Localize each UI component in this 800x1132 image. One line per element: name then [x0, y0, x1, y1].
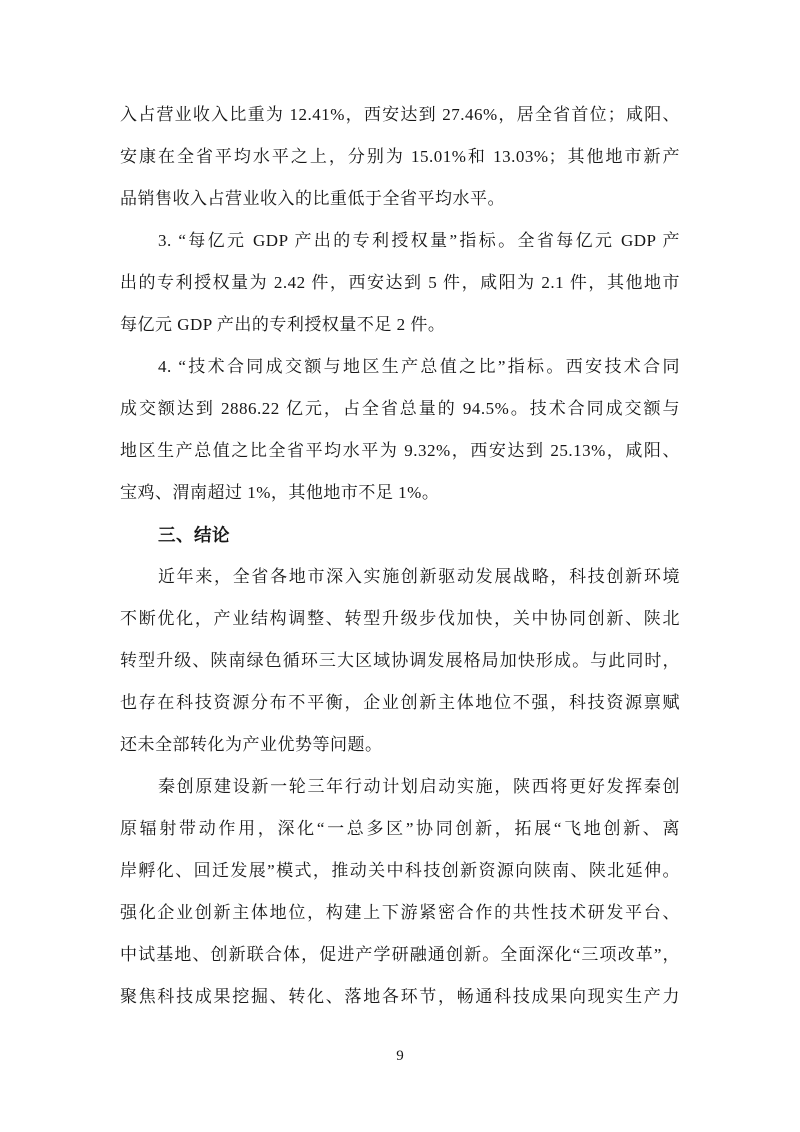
document-body: 入占营业收入比重为 12.41%，西安达到 27.46%，居全省首位；咸阳、 安…	[120, 94, 680, 1018]
text-line: 近年来，全省各地市深入实施创新驱动发展战略，科技创新环境	[120, 556, 680, 598]
text-line: 4. “技术合同成交额与地区生产总值之比”指标。西安技术合同	[120, 346, 680, 388]
paragraph-qinchuangyuan-plan: 秦创原建设新一轮三年行动计划启动实施，陕西将更好发挥秦创 原辐射带动作用，深化“…	[120, 766, 680, 1018]
paragraph-new-product-revenue: 入占营业收入比重为 12.41%，西安达到 27.46%，居全省首位；咸阳、 安…	[120, 94, 680, 220]
text-line: 原辐射带动作用，深化“一总多区”协同创新，拓展“飞地创新、离	[120, 808, 680, 850]
paragraph-tech-contract-indicator: 4. “技术合同成交额与地区生产总值之比”指标。西安技术合同 成交额达到 288…	[120, 346, 680, 514]
text-line: 3. “每亿元 GDP 产出的专利授权量”指标。全省每亿元 GDP 产	[120, 220, 680, 262]
text-line: 也存在科技资源分布不平衡，企业创新主体地位不强，科技资源禀赋	[120, 682, 680, 724]
text-line: 中试基地、创新联合体，促进产学研融通创新。全面深化“三项改革”，	[120, 934, 680, 976]
text-line: 安康在全省平均水平之上，分别为 15.01%和 13.03%；其他地市新产	[120, 136, 680, 178]
page-number: 9	[396, 1048, 404, 1064]
text-line: 聚焦科技成果挖掘、转化、落地各环节，畅通科技成果向现实生产力	[120, 976, 680, 1018]
text-line: 成交额达到 2886.22 亿元，占全省总量的 94.5%。技术合同成交额与	[120, 388, 680, 430]
text-line: 出的专利授权量为 2.42 件，西安达到 5 件，咸阳为 2.1 件，其他地市	[120, 262, 680, 304]
paragraph-patent-per-gdp-indicator: 3. “每亿元 GDP 产出的专利授权量”指标。全省每亿元 GDP 产 出的专利…	[120, 220, 680, 346]
text-line: 不断优化，产业结构调整、转型升级步伐加快，关中协同创新、陕北	[120, 598, 680, 640]
text-line: 强化企业创新主体地位，构建上下游紧密合作的共性技术研发平台、	[120, 892, 680, 934]
text-line: 宝鸡、渭南超过 1%，其他地市不足 1%。	[120, 472, 680, 514]
text-line: 转型升级、陕南绿色循环三大区域协调发展格局加快形成。与此同时，	[120, 640, 680, 682]
text-line: 品销售收入占营业收入的比重低于全省平均水平。	[120, 178, 680, 220]
text-line: 地区生产总值之比全省平均水平为 9.32%，西安达到 25.13%，咸阳、	[120, 430, 680, 472]
section-heading-conclusion: 三、结论	[120, 514, 680, 556]
paragraph-conclusion-overview: 近年来，全省各地市深入实施创新驱动发展战略，科技创新环境 不断优化，产业结构调整…	[120, 556, 680, 766]
page-footer: 9	[0, 1046, 800, 1066]
text-line: 秦创原建设新一轮三年行动计划启动实施，陕西将更好发挥秦创	[120, 766, 680, 808]
text-line: 还未全部转化为产业优势等问题。	[120, 724, 680, 766]
document-page: 入占营业收入比重为 12.41%，西安达到 27.46%，居全省首位；咸阳、 安…	[0, 0, 800, 1132]
text-line: 每亿元 GDP 产出的专利授权量不足 2 件。	[120, 304, 680, 346]
text-line: 入占营业收入比重为 12.41%，西安达到 27.46%，居全省首位；咸阳、	[120, 94, 680, 136]
text-line: 岸孵化、回迁发展”模式，推动关中科技创新资源向陕南、陕北延伸。	[120, 850, 680, 892]
